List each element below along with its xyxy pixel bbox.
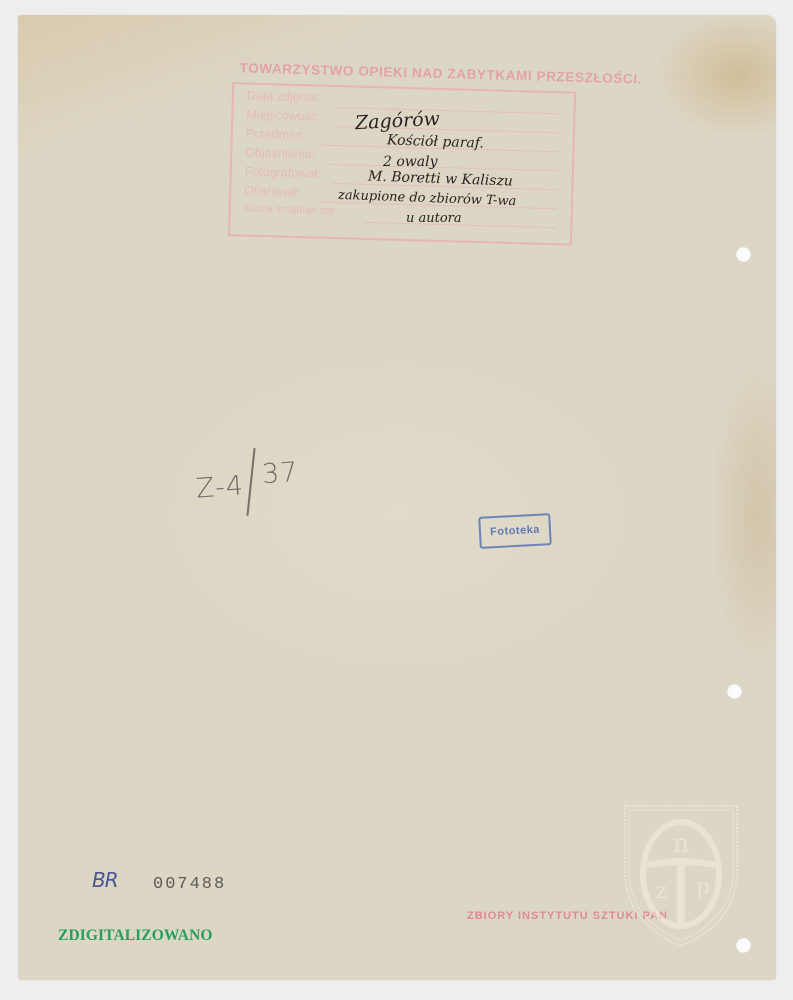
shield-monogram-watermark-icon: n z p [621, 802, 741, 950]
stamp-field-label: Objaśnienia: [245, 146, 315, 162]
punch-hole-top [736, 247, 751, 262]
svg-text:p: p [696, 875, 710, 900]
handwritten-object: Kościół paraf. [387, 132, 484, 151]
stamp-field-label: Data zdjęcia: [247, 89, 320, 105]
pencil-signature-right: 37 [261, 457, 299, 490]
handwritten-subject: 2 owaly [383, 154, 438, 170]
handwritten-negative: u autora [406, 211, 462, 226]
svg-text:z: z [655, 879, 667, 904]
svg-text:n: n [673, 829, 690, 859]
stamp-field-label: Przedmiot: [246, 127, 306, 143]
stamp-field-label: Ofiarował: [244, 184, 301, 200]
stamp-field-label: Fotografował: [245, 165, 321, 181]
inventory-number: 007488 [153, 875, 226, 894]
stamp-field-label: Miejscowość: [246, 108, 321, 124]
handwritten-place: Zagórów [354, 108, 440, 134]
fototeka-stamp: Fototeka [478, 513, 552, 549]
punch-hole-middle [727, 684, 742, 699]
pencil-signature-left: Z-4 [195, 470, 245, 504]
stamp-field-label: Klisza znajduje się: [244, 203, 338, 218]
digitized-stamp: ZDIGITALIZOWANO [58, 927, 213, 945]
inventory-prefix: BR [92, 868, 118, 892]
